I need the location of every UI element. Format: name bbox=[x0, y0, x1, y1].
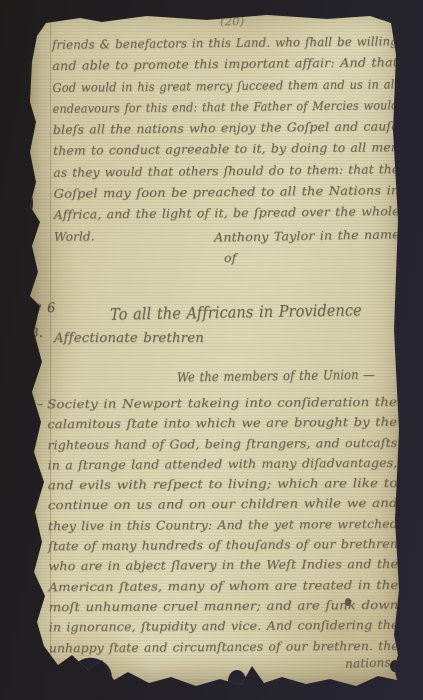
manuscript-line: and evils with reſpect to living; which … bbox=[48, 476, 398, 492]
manuscript-line: bleſs all the nations who enjoy the Goſp… bbox=[53, 119, 399, 137]
manuscript-line: Goſpel may ſoon be preached to all the N… bbox=[53, 183, 399, 201]
manuscript-line: in a ſtrange land attended with many diſ… bbox=[48, 456, 398, 472]
torn-edge-notch bbox=[228, 670, 246, 692]
letter-salutation: Affectionate brethren bbox=[54, 331, 200, 346]
torn-edge-notch bbox=[18, 602, 29, 617]
manuscript-line: them to conduct agreeable to it, by doin… bbox=[53, 141, 399, 159]
torn-edge-notch bbox=[17, 358, 28, 371]
letter-opening-line: We the members of the Union — bbox=[177, 367, 401, 385]
manuscript-line: continue on us and on our children while… bbox=[48, 496, 398, 512]
torn-edge-notch bbox=[17, 188, 33, 218]
torn-edge-notch bbox=[390, 660, 400, 672]
torn-edge-notch bbox=[16, 286, 29, 301]
closing-paragraph: friends & benefactors in this Land. who … bbox=[52, 34, 400, 251]
torn-edge-notch bbox=[16, 90, 30, 110]
manuscript-line: endeavours for this end: that the Father… bbox=[53, 98, 399, 116]
manuscript-line: friends & benefactors in this Land. who … bbox=[52, 34, 398, 52]
signature-continuation: of bbox=[224, 250, 236, 265]
manuscript-line: who are in abject ſlavery in the Weſt In… bbox=[48, 557, 398, 573]
paper-hole bbox=[31, 16, 36, 24]
manuscript-line: unhappy ſtate and circumſtances of our b… bbox=[49, 638, 399, 654]
margin-note-number: Nº 6 bbox=[23, 301, 56, 319]
margin-dash: – bbox=[37, 397, 43, 411]
heading-flourish: ~ bbox=[405, 296, 423, 316]
ink-blot bbox=[345, 598, 351, 606]
manuscript-line: Affrica, and the light of it, be ſpread … bbox=[54, 205, 400, 223]
manuscript-line: righteous hand of God, being ſtrangers, … bbox=[47, 435, 397, 451]
catchword: nations bbox=[345, 655, 391, 671]
letter-heading: To all the Affricans in Providence~ bbox=[110, 299, 419, 323]
manuscript-line: and able to promote this important affai… bbox=[52, 55, 398, 73]
torn-edge-notch bbox=[17, 530, 29, 550]
manuscript-line: Society in Newport takeing into conſider… bbox=[47, 395, 397, 411]
photo-background: (20) friends & benefactors in this Land.… bbox=[0, 0, 423, 700]
page-number: (20) bbox=[220, 14, 244, 28]
manuscript-line: ſtate of many hundreds of thouſands of o… bbox=[48, 537, 398, 553]
manuscript-line: calamitous ſtate into which we are broug… bbox=[47, 415, 397, 431]
letter-body-paragraph: Society in Newport takeing into conſider… bbox=[47, 395, 399, 661]
margin-note-letter: B. bbox=[29, 326, 44, 342]
manuscript-line: in ignorance, ſtupidity and vice. And co… bbox=[49, 618, 399, 634]
manuscript-line: they live in this Country: And the yet m… bbox=[48, 517, 398, 533]
manuscript-line: World. bbox=[54, 229, 95, 243]
manuscript-line: God would in his great mercy ſucceed the… bbox=[52, 77, 398, 95]
torn-edge-notch bbox=[15, 220, 28, 236]
manuscript-line: as they would that others ſhould do to t… bbox=[53, 162, 399, 180]
manuscript-page: (20) friends & benefactors in this Land.… bbox=[22, 10, 399, 688]
manuscript-line: American ſtates, many of whom are treate… bbox=[48, 577, 398, 593]
